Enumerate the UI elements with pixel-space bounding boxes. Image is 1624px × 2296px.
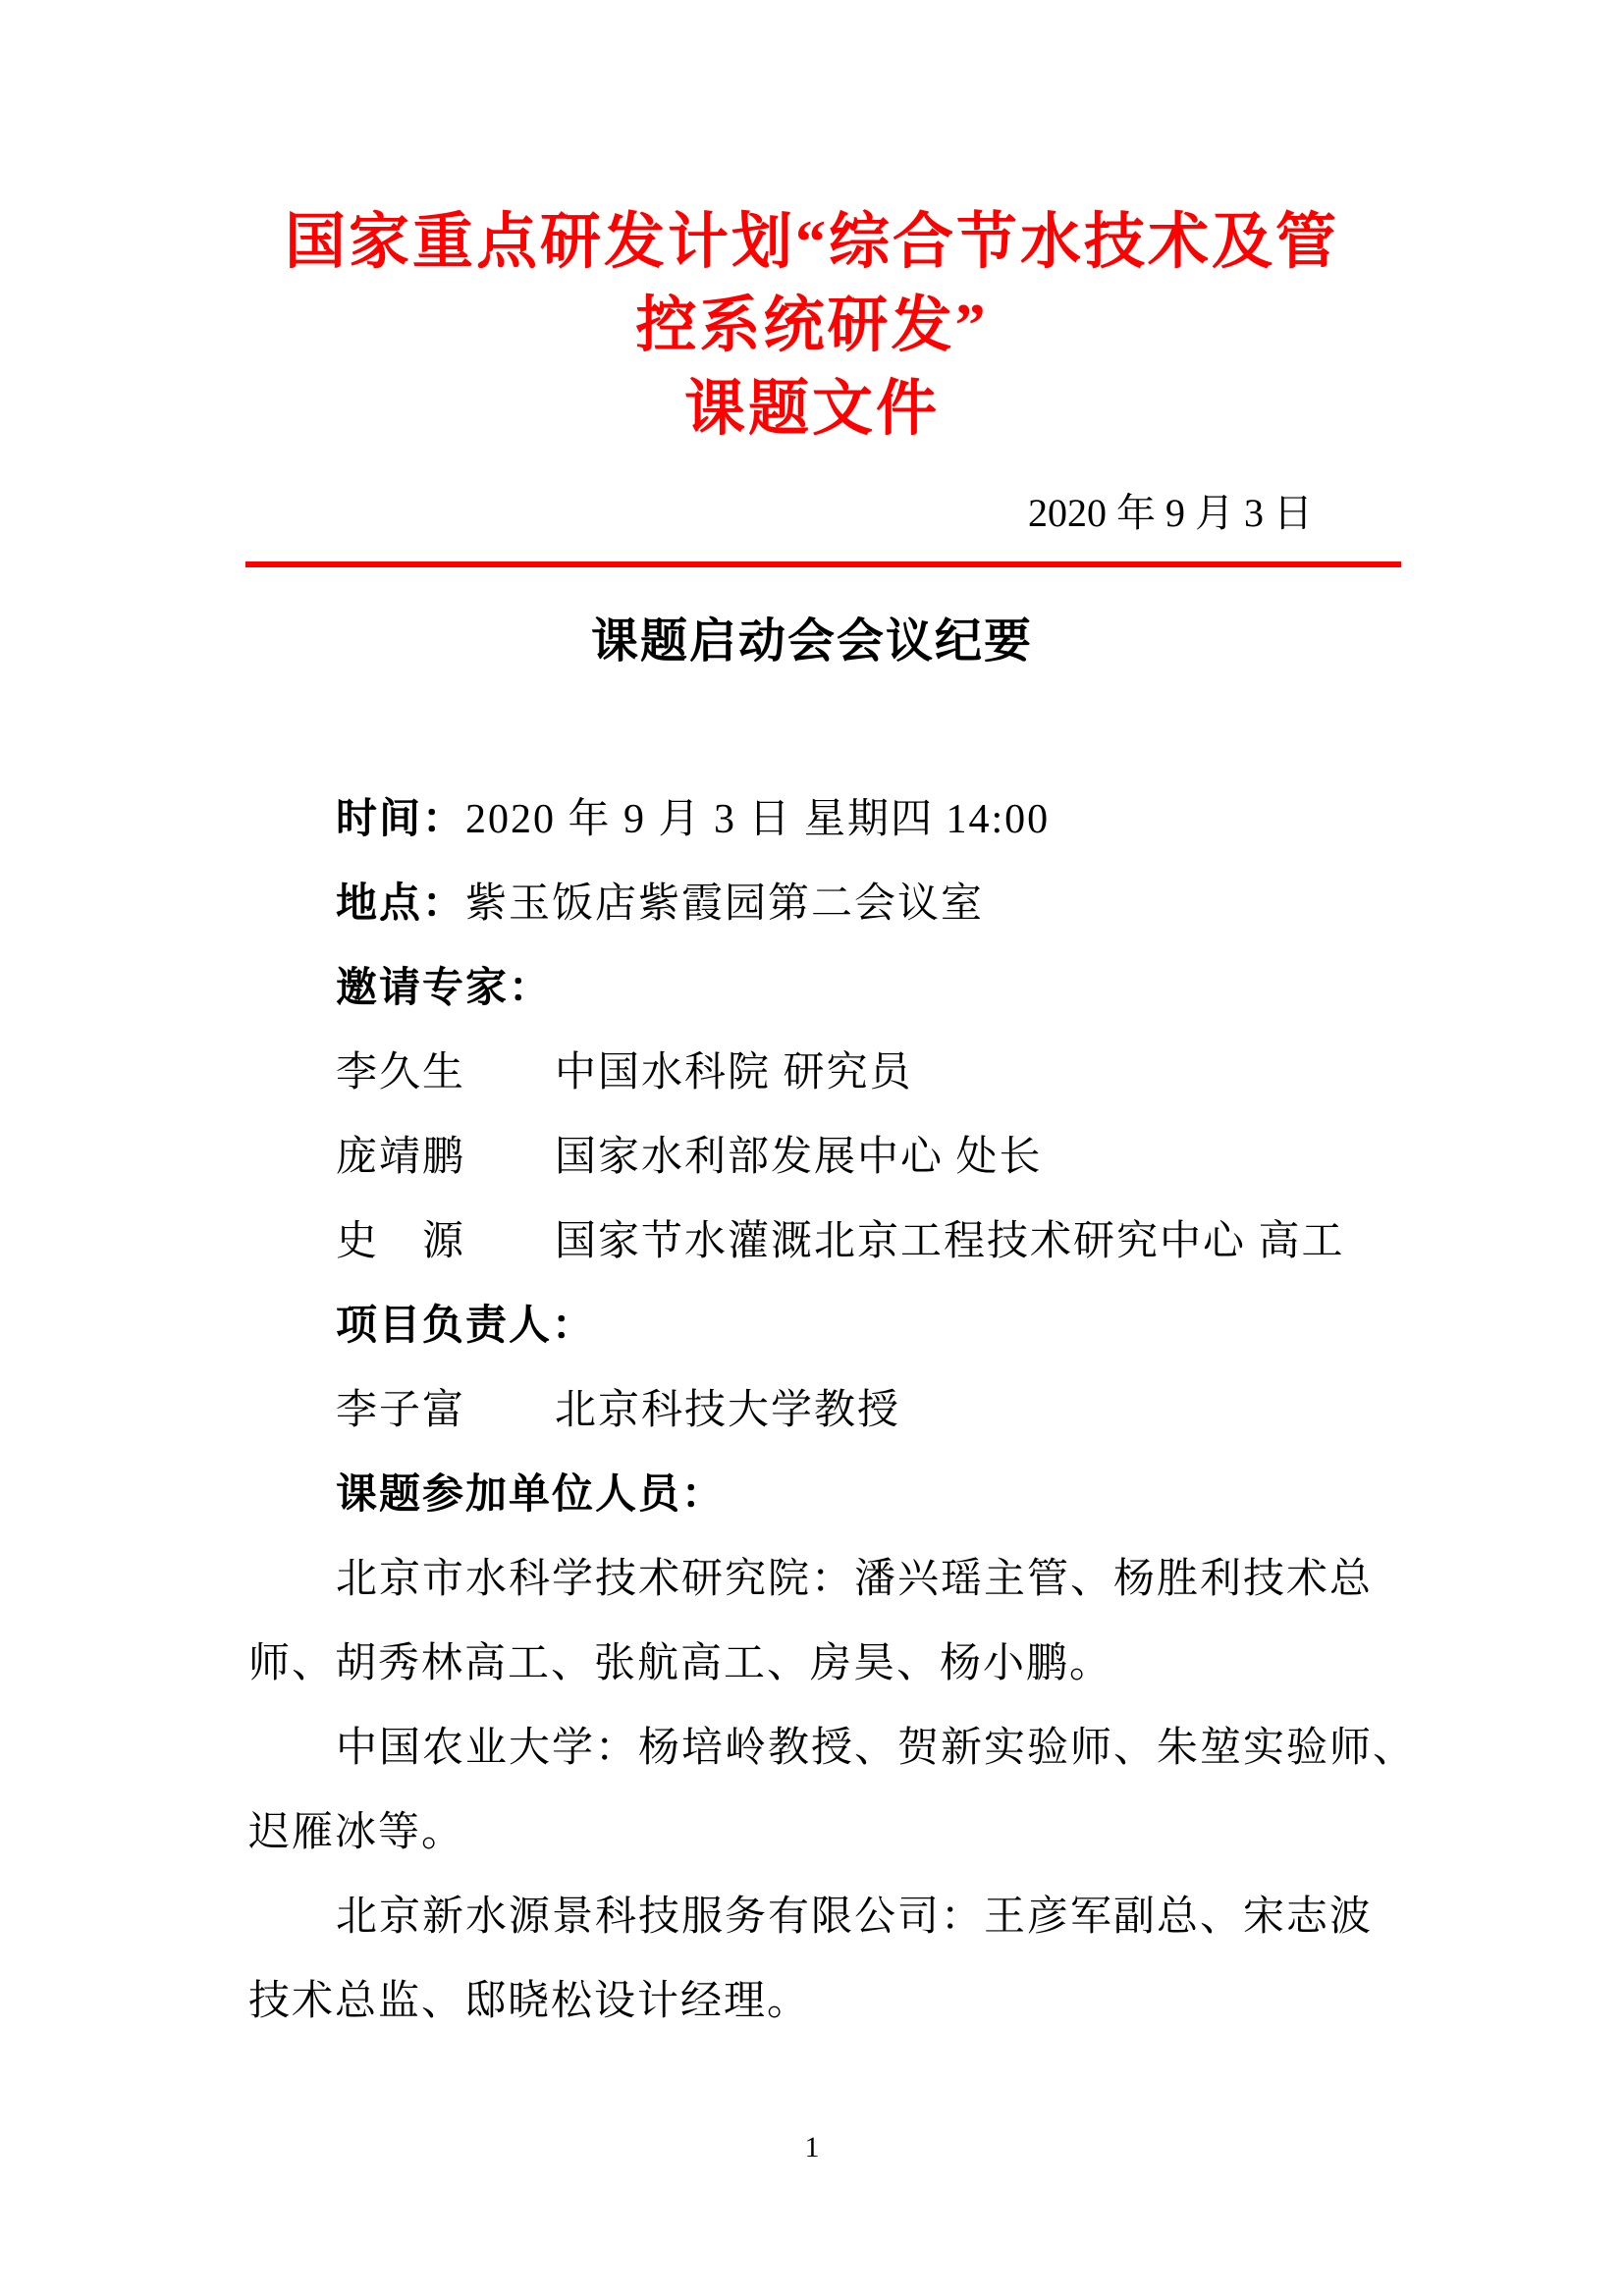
- leader-affiliation: 北京科技大学教授: [555, 1388, 900, 1433]
- participant-paragraph-line: 迟雁冰等。: [248, 1790, 1446, 1875]
- expert-name: 庞靖鹏: [336, 1115, 555, 1200]
- participants-label: 课题参加单位人员：: [336, 1472, 725, 1518]
- location-value: 紫玉饭店紫霞园第二会议室: [465, 881, 984, 927]
- title-line-2: 控系统研发”: [0, 285, 1624, 368]
- document-date: 2020 年 9 月 3 日: [0, 489, 1313, 538]
- time-row: 时间：2020 年 9 月 3 日 星期四 14:00: [248, 777, 1446, 862]
- expert-name: 李久生: [336, 1031, 555, 1115]
- time-label: 时间：: [336, 797, 465, 842]
- meeting-minutes-heading: 课题启动会会议纪要: [0, 609, 1624, 675]
- document-title: 国家重点研发计划“综合节水技术及管 控系统研发” 课题文件: [0, 201, 1624, 452]
- title-line-1: 国家重点研发计划“综合节水技术及管: [0, 201, 1624, 285]
- leader-name: 李子富: [336, 1368, 555, 1453]
- title-line-3: 课题文件: [0, 368, 1624, 452]
- participant-paragraph-line: 师、胡秀林高工、张航高工、房昊、杨小鹏。: [248, 1622, 1446, 1706]
- project-leader-row: 李子富北京科技大学教授: [248, 1368, 1446, 1453]
- expert-row: 史 源国家节水灌溉北京工程技术研究中心 高工: [248, 1200, 1446, 1284]
- project-leader-label: 项目负责人：: [336, 1304, 595, 1349]
- red-divider-line: [245, 561, 1401, 567]
- location-row: 地点：紫玉饭店紫霞园第二会议室: [248, 862, 1446, 946]
- location-label: 地点：: [336, 881, 465, 927]
- time-value: 2020 年 9 月 3 日 星期四 14:00: [465, 797, 1050, 842]
- expert-affiliation: 中国水科院 研究员: [555, 1050, 913, 1095]
- participant-paragraph-line: 中国农业大学：杨培岭教授、贺新实验师、朱堃实验师、: [248, 1706, 1446, 1790]
- document-page: 国家重点研发计划“综合节水技术及管 控系统研发” 课题文件 2020 年 9 月…: [0, 0, 1624, 2296]
- participant-paragraph-line: 技术总监、邸晓松设计经理。: [248, 1959, 1446, 2044]
- expert-affiliation: 国家水利部发展中心 处长: [555, 1135, 1043, 1180]
- page-number: 1: [0, 2130, 1624, 2165]
- document-body: 时间：2020 年 9 月 3 日 星期四 14:00 地点：紫玉饭店紫霞园第二…: [248, 777, 1446, 2044]
- expert-affiliation: 国家节水灌溉北京工程技术研究中心 高工: [555, 1219, 1345, 1264]
- invited-experts-label-row: 邀请专家：: [248, 946, 1446, 1031]
- expert-row: 李久生中国水科院 研究员: [248, 1031, 1446, 1115]
- expert-row: 庞靖鹏国家水利部发展中心 处长: [248, 1115, 1446, 1200]
- project-leader-label-row: 项目负责人：: [248, 1284, 1446, 1368]
- participant-paragraph-line: 北京新水源景科技服务有限公司：王彦军副总、宋志波: [248, 1875, 1446, 1959]
- participants-label-row: 课题参加单位人员：: [248, 1453, 1446, 1537]
- expert-name: 史 源: [336, 1200, 555, 1284]
- participant-paragraph-line: 北京市水科学技术研究院：潘兴瑶主管、杨胜利技术总: [248, 1537, 1446, 1622]
- invited-experts-label: 邀请专家：: [336, 966, 552, 1011]
